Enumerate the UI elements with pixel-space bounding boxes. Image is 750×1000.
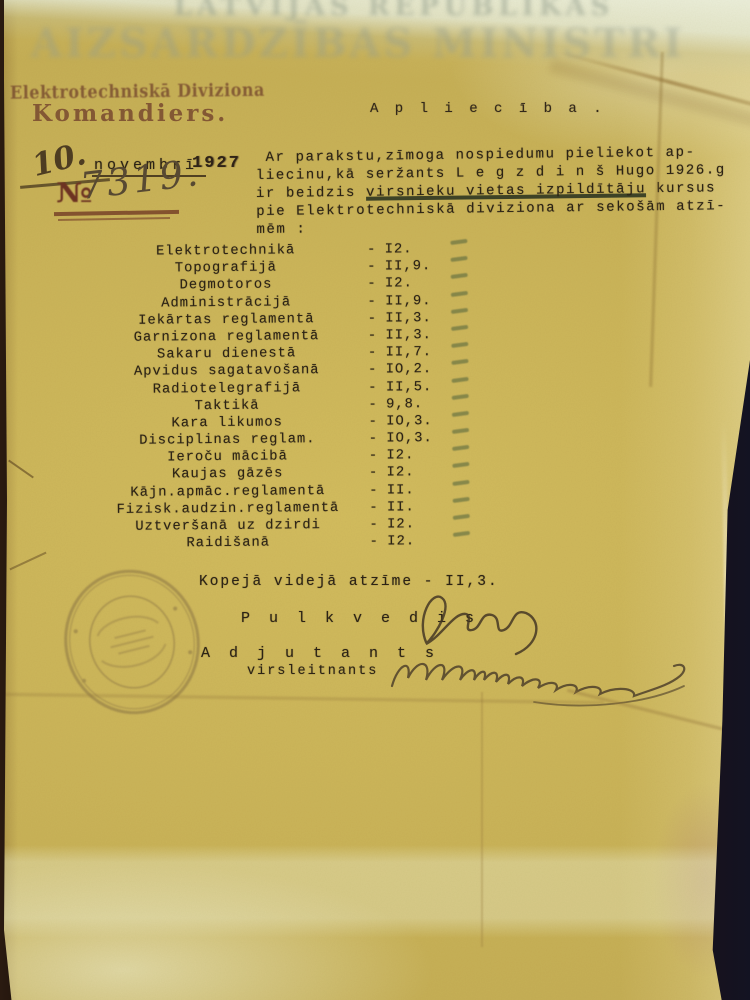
rank-adjutant-label: A d j u t a n t s bbox=[201, 645, 439, 662]
grade-value: I2. bbox=[385, 276, 447, 294]
paper-sheet: LATVIJAS REPUBLIKAS AIZSARDZĪBAS MINISTR… bbox=[4, 0, 750, 1000]
pencil-checkmark bbox=[451, 325, 468, 331]
grade-value: II,9. bbox=[385, 259, 447, 277]
rank-senior-lieutenant-label: virsleitnants bbox=[247, 664, 378, 679]
grade-value: IO,3. bbox=[386, 431, 448, 449]
grade-dash: - bbox=[360, 363, 386, 380]
grade-dash: - bbox=[360, 380, 386, 397]
pencil-checkmark bbox=[453, 514, 470, 520]
ghost-letterhead-line1: LATVIJAS REPUBLIKAS bbox=[154, 0, 634, 22]
grade-dash: - bbox=[361, 466, 387, 483]
grades-table: Elektrotechnikā - I2. Topografijā - II,9… bbox=[93, 241, 576, 555]
pencil-checkmark bbox=[450, 239, 467, 245]
pencil-checkmark bbox=[451, 273, 468, 279]
tear-mark-left-2 bbox=[9, 552, 46, 571]
round-ink-seal bbox=[32, 541, 232, 744]
grade-value: I2. bbox=[387, 534, 449, 552]
grade-value: I2. bbox=[387, 517, 449, 535]
grade-subject: Raidišanā bbox=[95, 535, 361, 555]
pencil-checkmark bbox=[452, 462, 469, 468]
grade-dash: - bbox=[361, 500, 387, 517]
ghost-letterhead-line2: AIZSARDZĪBAS MINISTRI bbox=[18, 20, 698, 67]
rank-colonel-label: P u l k v e d i s bbox=[241, 610, 479, 627]
certificate-body: Ar parakstu,zīmoga nospiedumu pieliekot … bbox=[255, 143, 750, 239]
grade-dash: - bbox=[360, 414, 386, 431]
grade-dash: - bbox=[359, 243, 385, 260]
pencil-checkmark bbox=[451, 342, 468, 348]
grade-value: II,9. bbox=[385, 294, 447, 312]
pencil-checkmark bbox=[452, 428, 469, 434]
body-line3-post: kursus bbox=[646, 180, 716, 197]
body-line3-underlined: virsnieku vietas izpildītāju bbox=[366, 181, 646, 200]
pencil-checkmark bbox=[451, 359, 468, 365]
paper-edge-highlight bbox=[721, 420, 736, 980]
grade-value: I2. bbox=[385, 242, 447, 260]
fold-shadow-top-right bbox=[548, 59, 750, 136]
fold-crease-bottom-vertical bbox=[481, 692, 483, 947]
body-line3-pre: ir beidzis bbox=[256, 185, 366, 202]
pencil-checkmark bbox=[452, 411, 469, 417]
grade-dash: - bbox=[359, 294, 385, 311]
grade-dash: - bbox=[361, 518, 387, 535]
tear-mark-left-1 bbox=[8, 460, 34, 479]
average-grade-line: Kopejā videjā atzīme - II,3. bbox=[199, 574, 499, 590]
grade-value: I2. bbox=[386, 448, 448, 466]
fold-crease-bottom-right bbox=[567, 689, 750, 746]
pencil-checkmark bbox=[453, 531, 470, 537]
grade-value: II,7. bbox=[386, 345, 448, 363]
grade-value: II,5. bbox=[386, 380, 448, 398]
grade-value: II. bbox=[387, 500, 449, 518]
grade-value: IO,3. bbox=[386, 414, 448, 432]
grade-dash: - bbox=[359, 328, 385, 345]
grade-dash: - bbox=[360, 449, 386, 466]
document-title: A p l i e c ī b a . bbox=[370, 101, 606, 117]
grade-dash: - bbox=[361, 535, 387, 552]
grade-value: I2. bbox=[387, 465, 449, 483]
pencil-checkmark bbox=[452, 445, 469, 451]
grade-dash: - bbox=[360, 346, 386, 363]
pencil-checkmark bbox=[450, 256, 467, 262]
grade-dash: - bbox=[361, 483, 387, 500]
grade-dash: - bbox=[359, 277, 385, 294]
numero-underline-2 bbox=[58, 217, 170, 221]
grade-dash: - bbox=[359, 311, 385, 328]
grade-value: 9,8. bbox=[386, 397, 448, 415]
grade-dash: - bbox=[359, 260, 385, 277]
numero-underline bbox=[54, 210, 179, 216]
grade-value: IO,2. bbox=[386, 362, 448, 380]
grade-value: II. bbox=[387, 483, 449, 501]
issuer-stamp-line2: Komandiers. bbox=[32, 100, 228, 127]
grade-dash: - bbox=[360, 397, 386, 414]
grade-value: II,3. bbox=[385, 311, 447, 329]
photograph-of-certificate: LATVIJAS REPUBLIKAS AIZSARDZĪBAS MINISTR… bbox=[0, 0, 750, 1000]
grade-dash: - bbox=[360, 432, 386, 449]
grade-value: II,3. bbox=[385, 328, 447, 346]
